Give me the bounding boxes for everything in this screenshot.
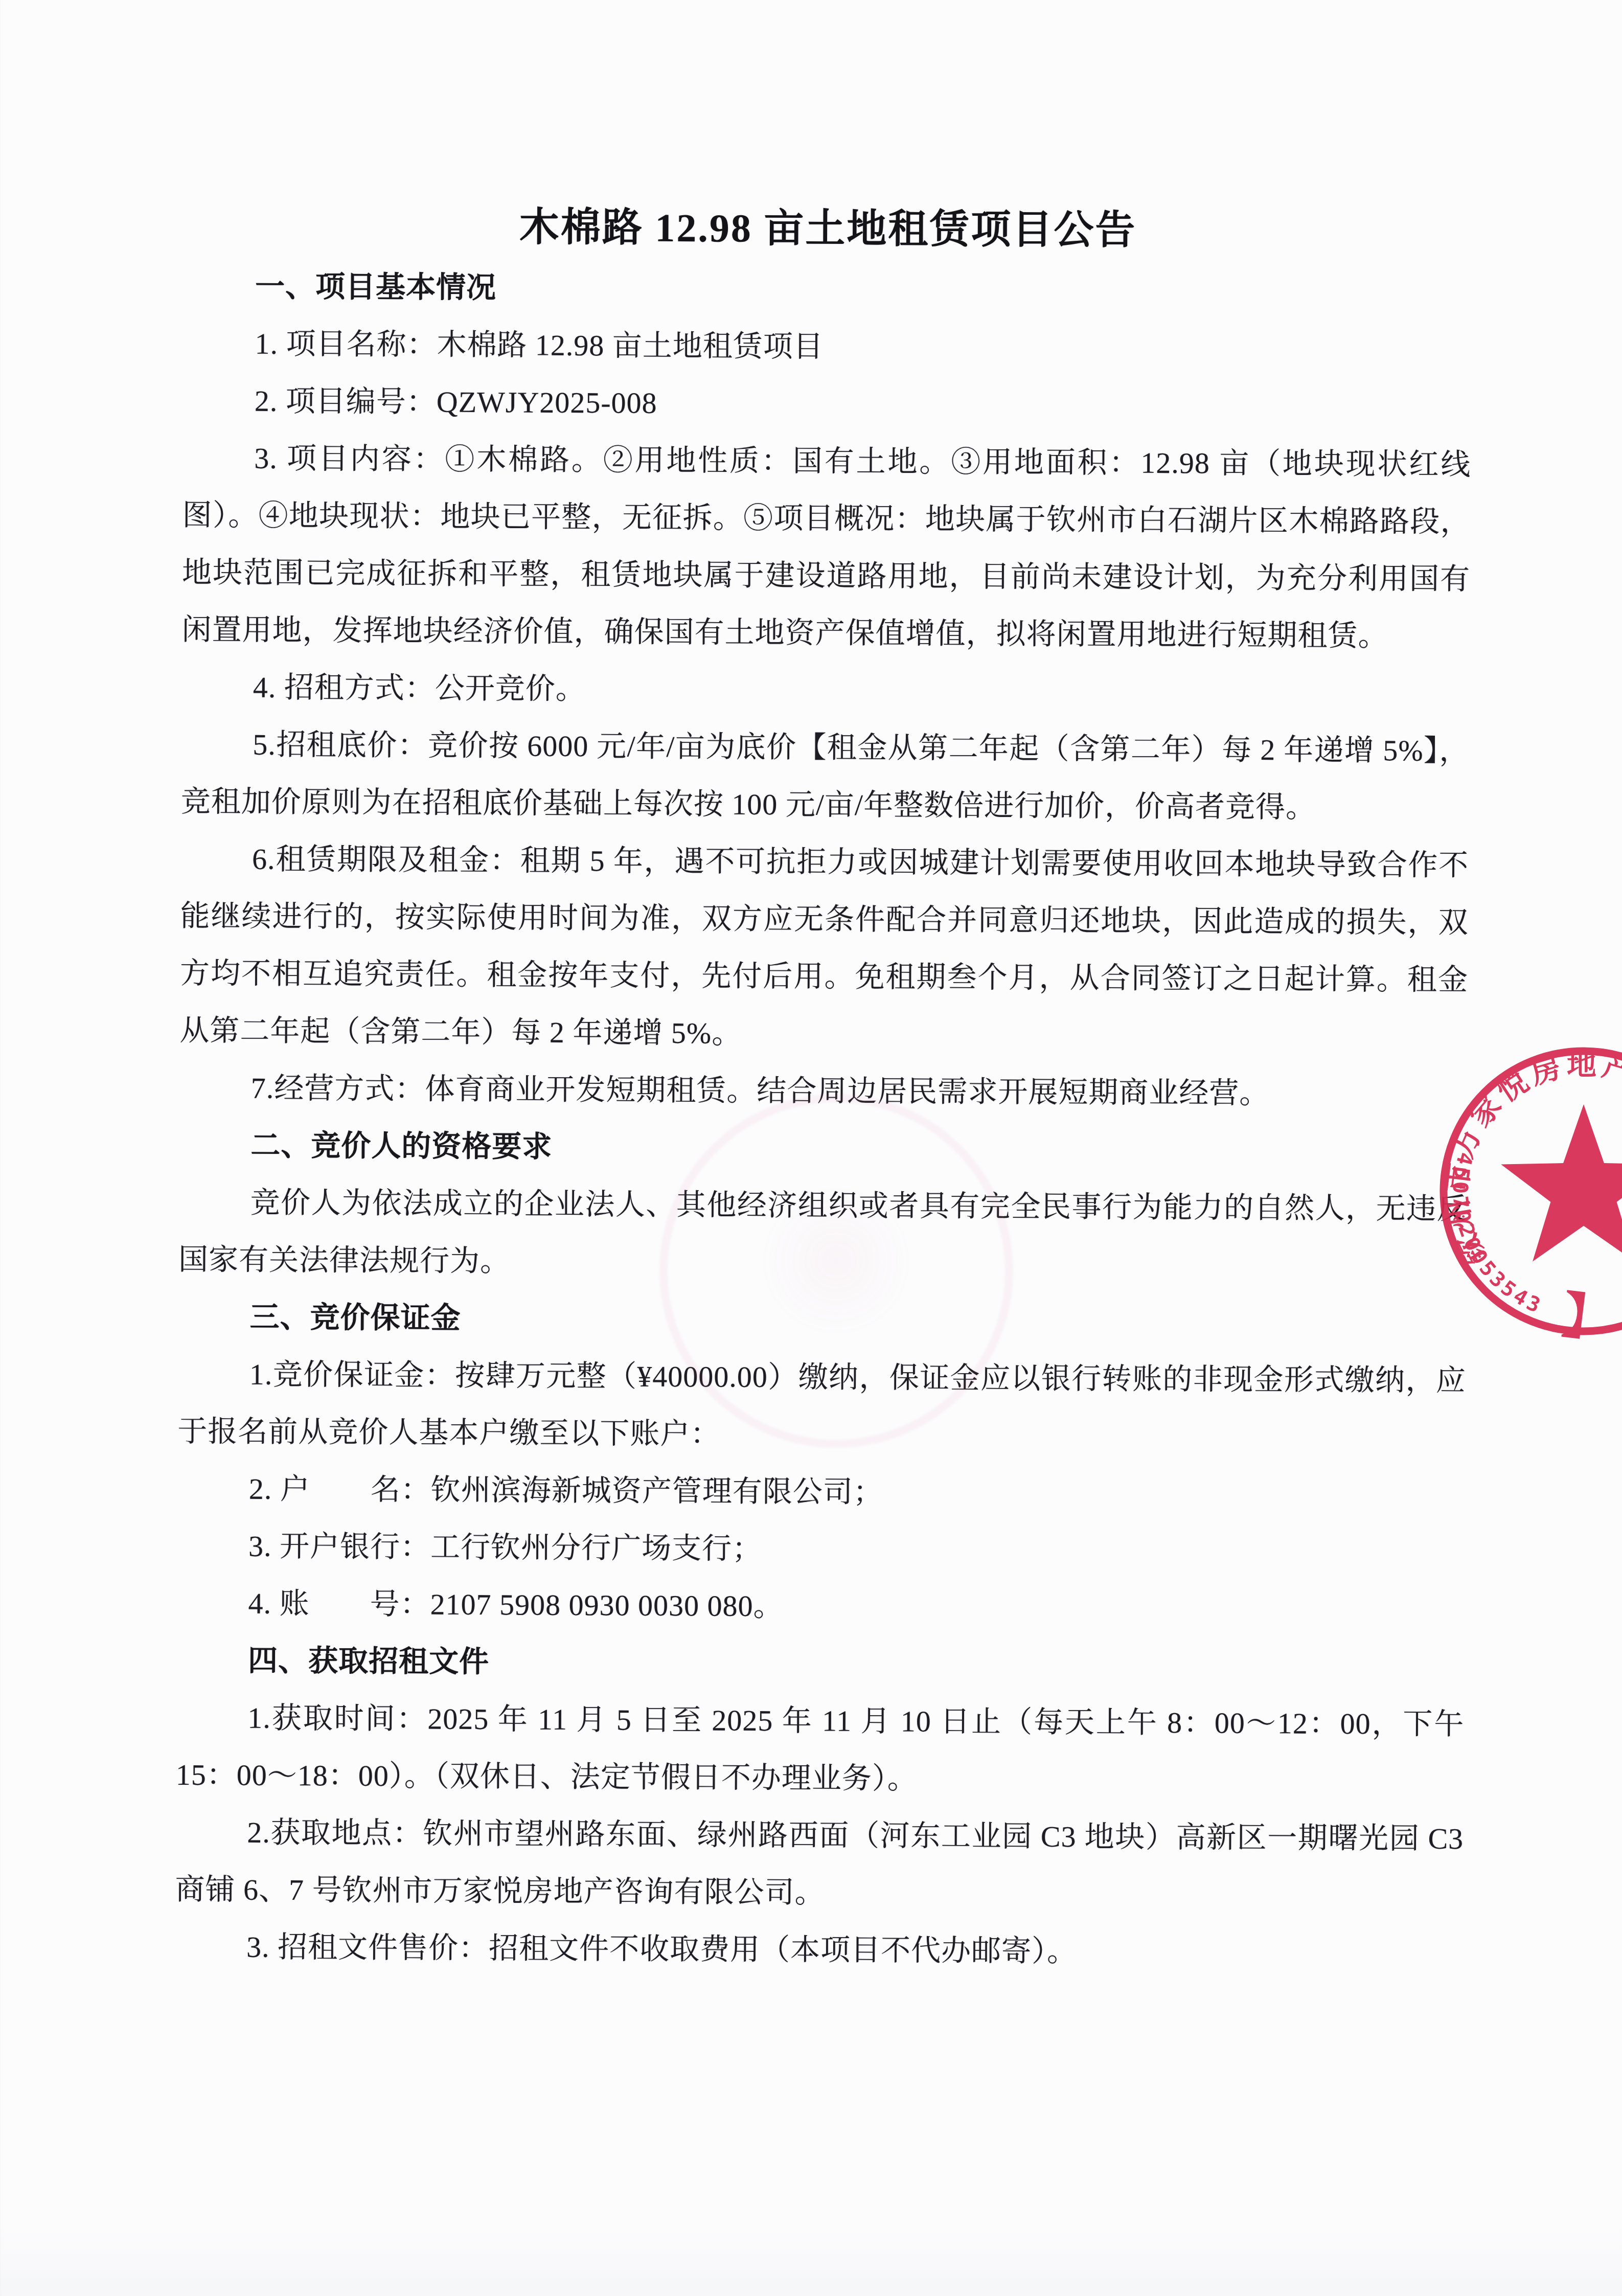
section-heading: 四、获取招租文件 [176,1632,1465,1696]
paragraph: 2.获取地点：钦州市望州路东面、绿州路西面（河东工业园 C3 地块）高新区一期曙… [175,1804,1464,1925]
company-seal-icon: 钦州市万家悦房地产咨询有限公司 4507020053543 】 [1389,997,1622,1385]
paragraph: 4. 账 号：2107 5908 0930 0030 080。 [176,1575,1465,1639]
seal-star-icon [1501,1104,1622,1262]
scanned-document-page: 木棉路 12.98 亩土地租赁项目公告 一、项目基本情况1. 项目名称：木棉路 … [0,0,1622,2296]
document-title: 木棉路 12.98 亩土地租赁项目公告 [184,195,1472,262]
seal-clipped-glyph: 】 [1560,1288,1615,1348]
paragraph: 3. 招租文件售价：招租文件不收取费用（本项目不代办邮寄）。 [175,1918,1464,1982]
paragraph: 6.租赁期限及租金：租期 5 年，遇不可抗拒力或因城建计划需要使用收回本地块导致… [179,830,1469,1066]
paragraph: 3. 开户银行：工行钦州分行广场支行； [177,1517,1466,1581]
paragraph: 1. 项目名称：木棉路 12.98 亩土地租赁项目 [183,315,1472,379]
section-heading: 一、项目基本情况 [184,258,1472,322]
paragraph: 1.获取时间：2025 年 11 月 5 日至 2025 年 11 月 10 日… [176,1689,1465,1810]
paragraph: 2. 户 名：钦州滨海新城资产管理有限公司； [177,1460,1466,1524]
paragraph: 2. 项目编号：QZWJY2025-008 [183,372,1472,436]
document-content: 木棉路 12.98 亩土地租赁项目公告 一、项目基本情况1. 项目名称：木棉路 … [175,195,1472,1982]
paragraph: 3. 项目内容：①木棉路。②用地性质：国有土地。③用地面积：12.98 亩（地块… [181,429,1471,665]
paragraph: 4. 招租方式：公开竞价。 [181,658,1470,722]
paragraph: 5.招租底价：竞价按 6000 元/年/亩为底价【租金从第二年起（含第二年）每 … [180,716,1469,837]
ghost-stamp-icon [659,1094,1013,1448]
